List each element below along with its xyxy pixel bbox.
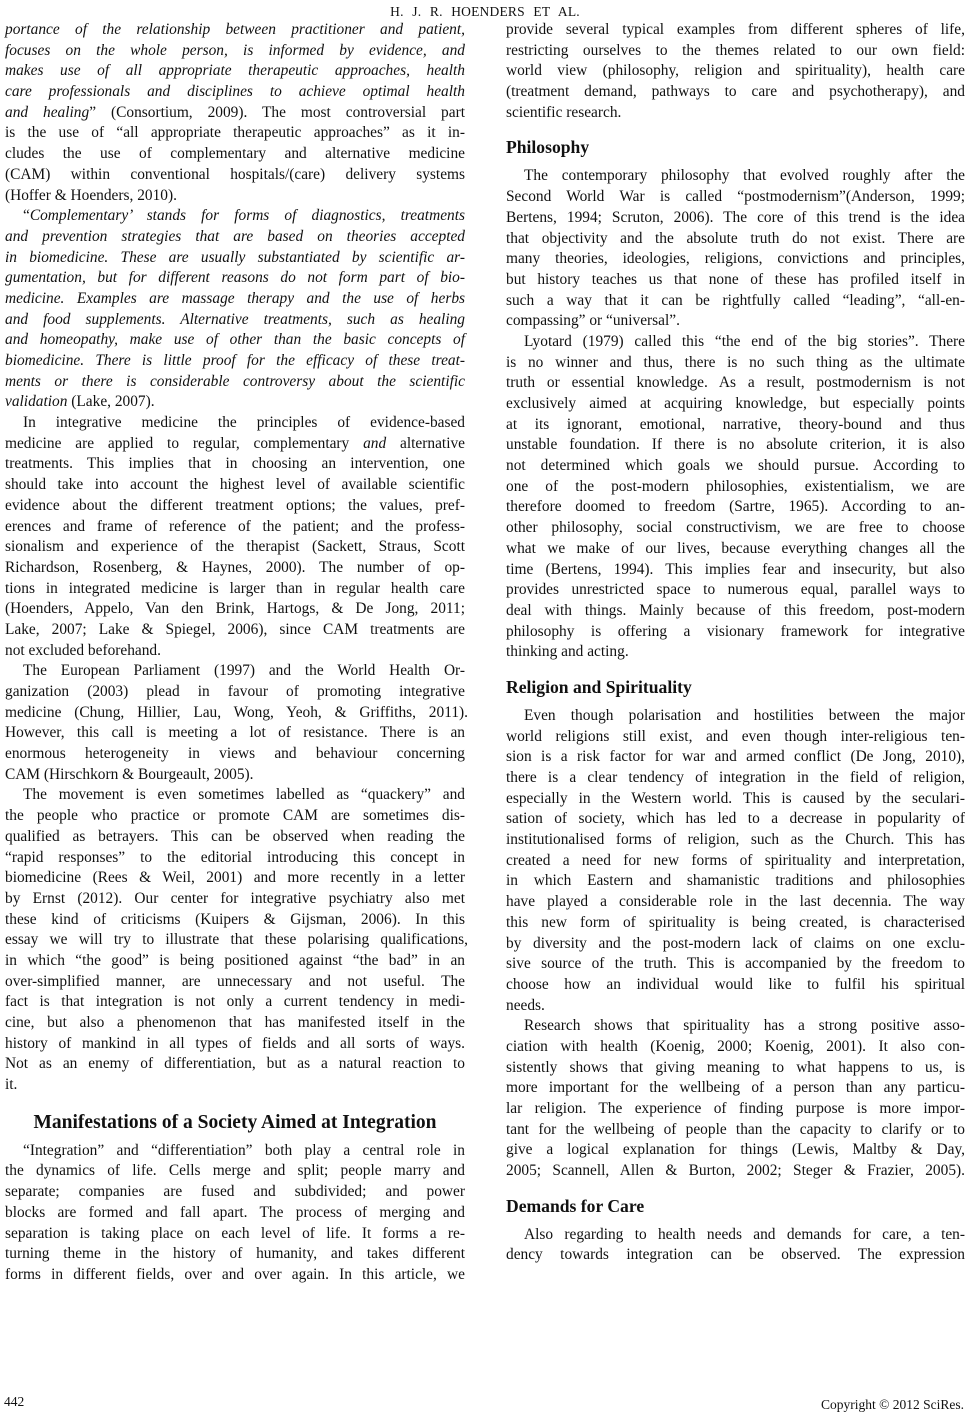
page-number: 442 <box>4 1394 24 1410</box>
right-column: provide several typical examples from di… <box>506 20 965 1266</box>
paragraph-integration: “Integration” and “differentiation” both… <box>5 1141 465 1286</box>
subheading-religion-spirituality: Religion and Spirituality <box>506 676 965 698</box>
paragraph-complementary: “Complementary’ stands for forms of diag… <box>5 206 465 413</box>
paragraph-integrative-medicine: In integrative medicine the principles o… <box>5 413 465 661</box>
paragraph-demands: Also regarding to health needs and deman… <box>506 1225 965 1266</box>
left-column: portance of the relationship between pra… <box>5 20 465 1286</box>
subheading-demands-for-care: Demands for Care <box>506 1195 965 1217</box>
subheading-philosophy: Philosophy <box>506 136 965 158</box>
paragraph-religion-2: Research shows that spirituality has a s… <box>506 1016 965 1182</box>
paragraph-philosophy-2: Lyotard (1979) called this “the end of t… <box>506 332 965 663</box>
paragraph-european-parliament: The European Parliament (1997) and the W… <box>5 661 465 785</box>
paragraph-continued: provide several typical examples from di… <box>506 20 965 123</box>
section-heading-manifestations: Manifestations of a Society Aimed at Int… <box>5 1111 465 1135</box>
paragraph-philosophy-1: The contemporary philosophy that evolved… <box>506 166 965 332</box>
paragraph-religion-1: Even though polarisation and hostilities… <box>506 706 965 1016</box>
copyright-notice: Copyright © 2012 SciRes. <box>821 1397 964 1413</box>
paragraph-movement: The movement is even sometimes labelled … <box>5 785 465 1095</box>
running-head: H. J. R. HOENDERS ET AL. <box>0 4 970 20</box>
paragraph-definition: portance of the relationship between pra… <box>5 20 465 206</box>
